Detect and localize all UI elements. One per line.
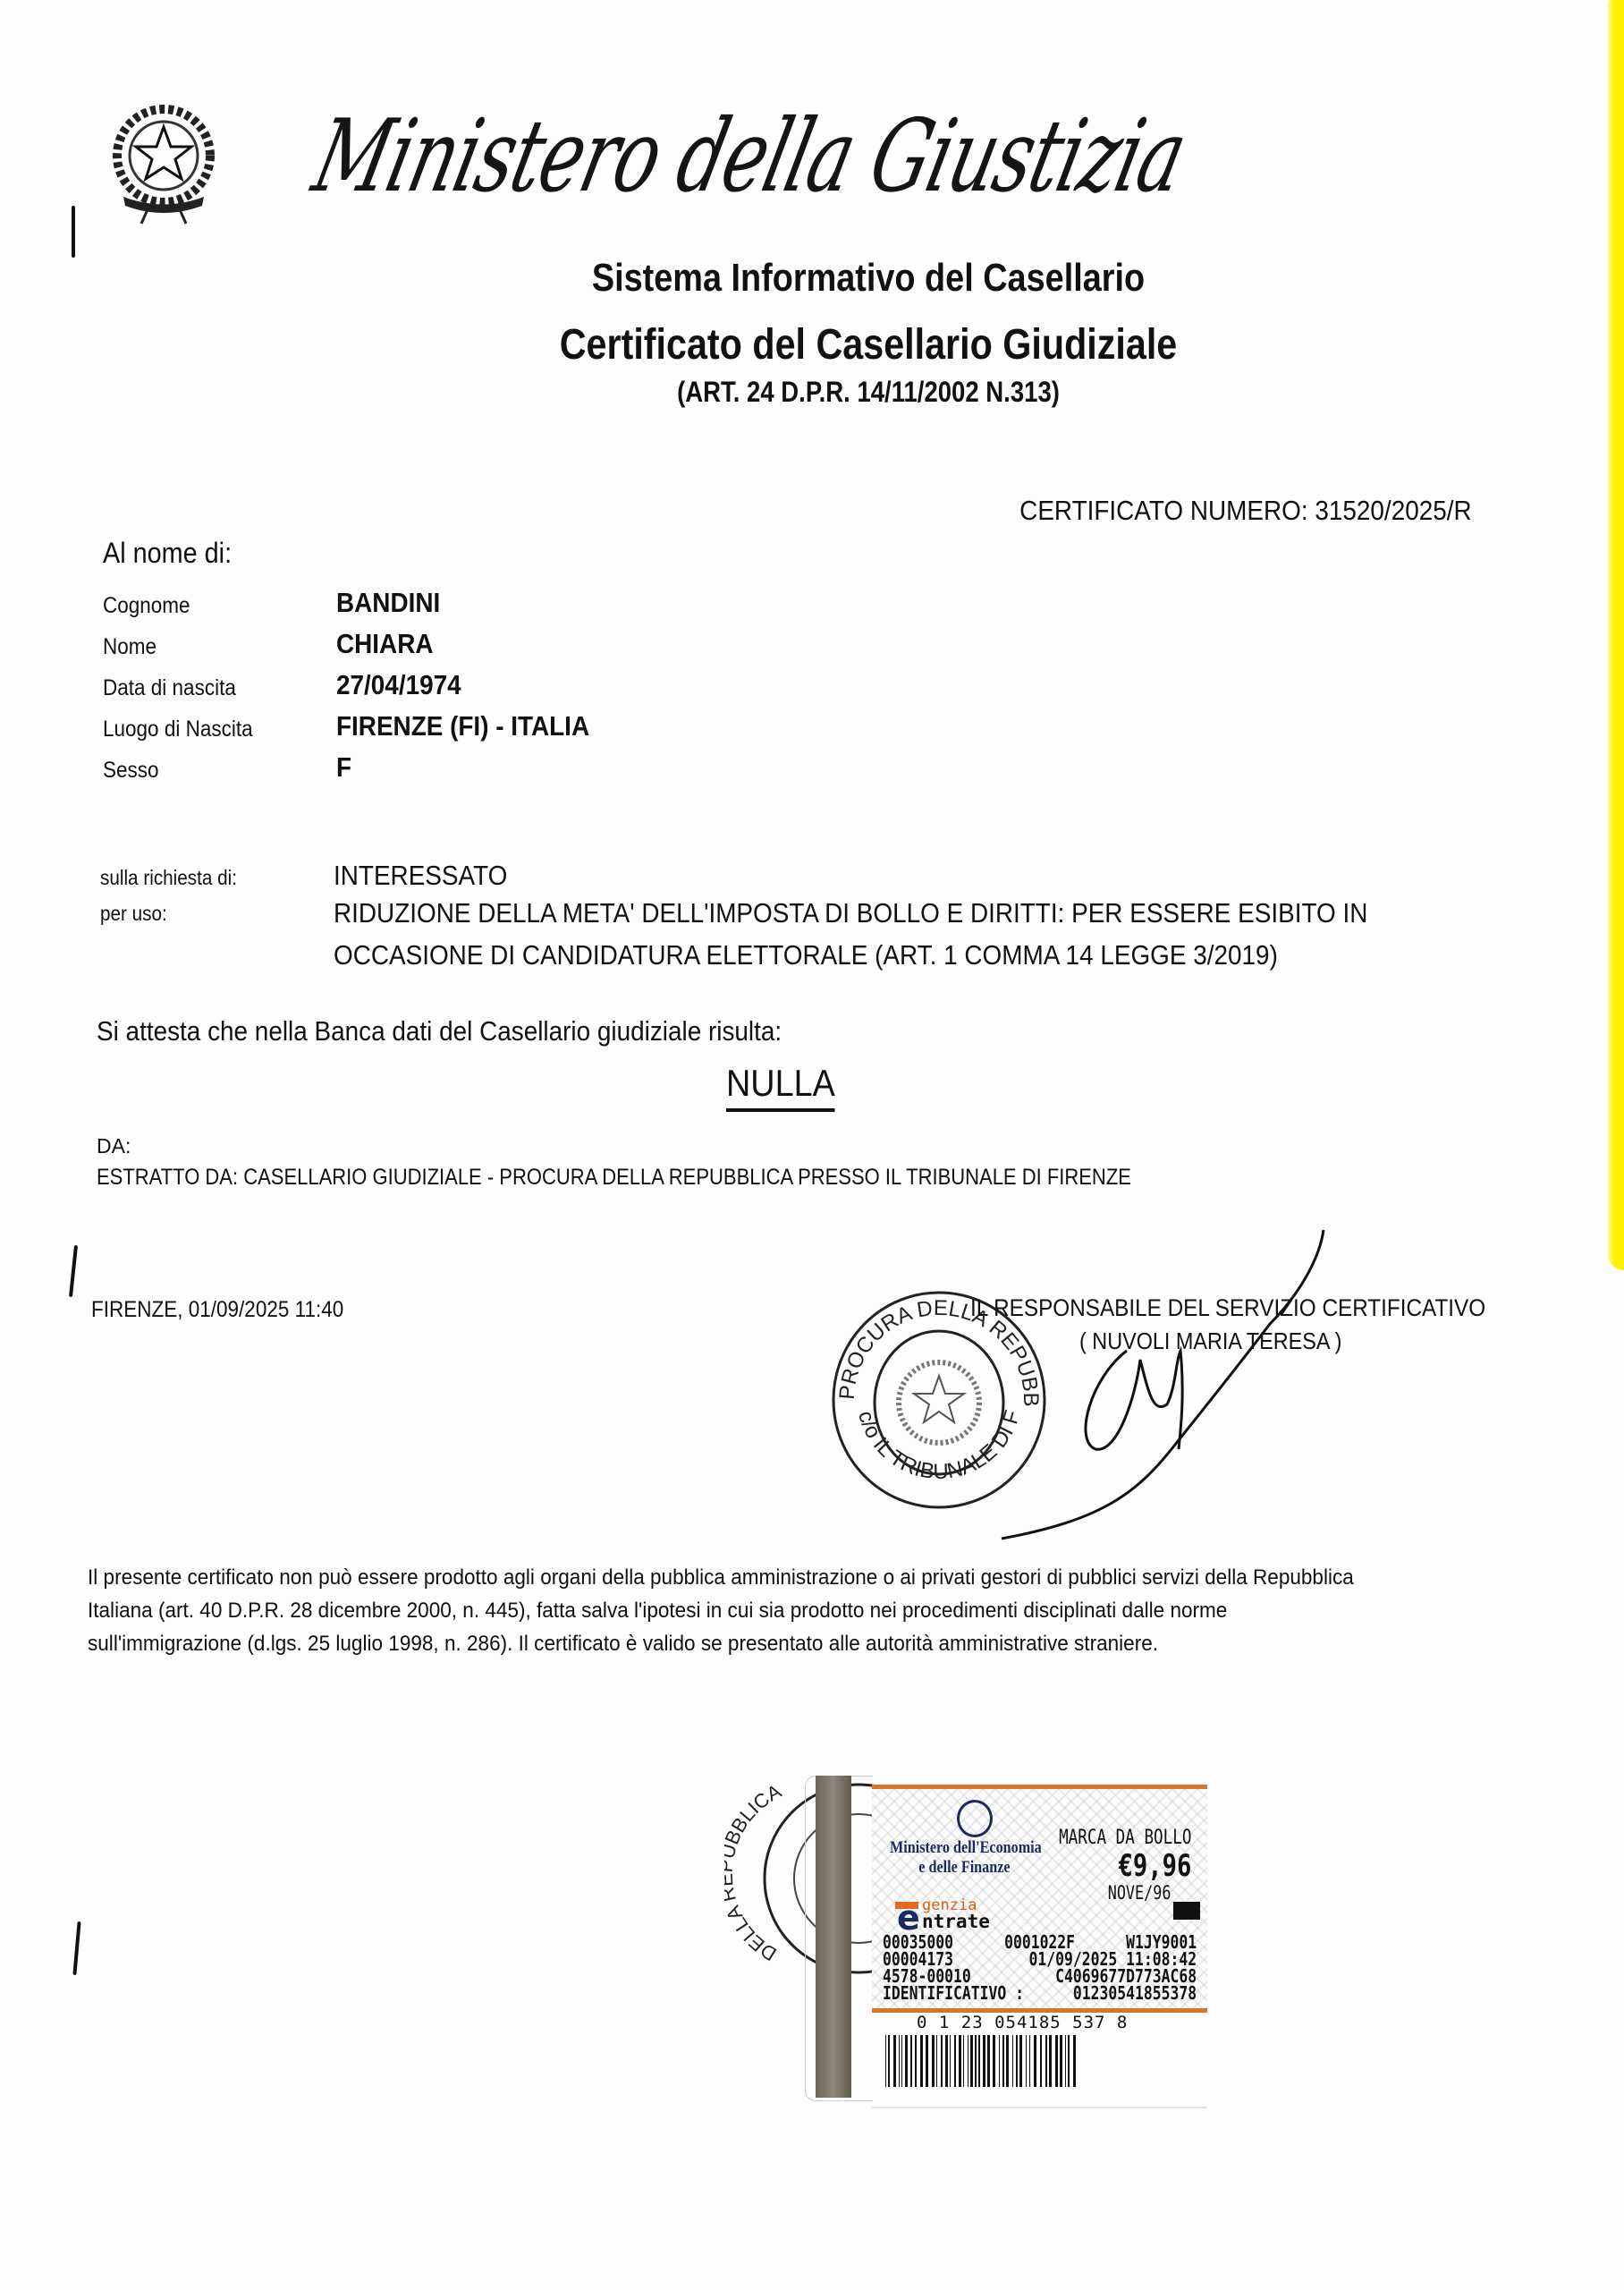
field-label-birth-date: Data di nascita [103,675,236,701]
disclaimer-line: Italiana (art. 40 D.P.R. 28 dicembre 200… [88,1594,1396,1627]
certificate-number: CERTIFICATO NUMERO: 31520/2025/R [1020,495,1472,527]
code-cell: 01230541855378 [1073,1985,1197,2002]
revenue-stamp-issuer: Ministero dell'Economia e delle Finanze [890,1838,1042,1878]
code-row: IDENTIFICATIVO : 01230541855378 [883,1985,1197,2002]
place-date: FIRENZE, 01/09/2025 11:40 [91,1297,343,1323]
svg-text:DELLA REPUBBLICA: DELLA REPUBBLICA [724,1780,785,1965]
field-value-sex: F [336,751,351,784]
field-label-nome: Nome [103,634,156,660]
stamp-edge [872,2107,1207,2108]
extract-source: ESTRATTO DA: CASELLARIO GIUDIZIALE - PRO… [97,1165,1131,1191]
da-label: DA: [97,1134,131,1158]
revenue-stamp-hologram-strip [816,1776,851,2098]
legal-reference: (ART. 24 D.P.R. 14/11/2002 N.313) [170,376,1567,409]
subject-intro: Al nome di: [103,537,232,570]
certificate-number-value: 31520/2025/R [1315,495,1472,526]
ministry-title: Ministero della Giustizia [304,98,1196,215]
field-label-sex: Sesso [103,758,159,784]
mef-emblem-icon [957,1800,993,1837]
revenue-stamp-label: MARCA DA BOLLO [1059,1827,1191,1849]
requested-by-label: sulla richiesta di: [100,866,237,890]
legal-disclaimer: Il presente certificato non può essere p… [88,1561,1396,1660]
field-value-birth-date: 27/04/1974 [336,669,461,701]
issuer-line1: Ministero dell'Economia [890,1838,1042,1858]
revenue-stamp-codes: 00035000 0001022F W1JY9001 00004173 01/0… [883,1934,1197,2002]
code-cell: IDENTIFICATIVO : [883,1985,1024,2002]
requested-by-value: INTERESSATO [334,860,507,892]
revenue-stamp: Ministero dell'Economia e delle Finanze … [872,1785,1207,2013]
yellow-highlighter-mark [1608,0,1624,1270]
use-value-line2: OCCASIONE DI CANDIDATURA ELETTORALE (ART… [334,939,1278,971]
barcode-icon [885,2035,1120,2087]
field-label-birth-place: Luogo di Nascita [103,717,253,742]
handwritten-signature-icon [984,1226,1341,1548]
revenue-stamp-amount: €9,96 [1118,1848,1191,1884]
field-value-nome: CHIARA [336,628,434,660]
agenzia-logo-line2: ntrate [922,1911,990,1932]
system-title: Sistema Informativo del Casellario [170,256,1567,301]
use-value-line1: RIDUZIONE DELLA META' DELL'IMPOSTA DI BO… [334,897,1367,929]
disclaimer-line: sull'immigrazione (d.lgs. 25 luglio 1998… [88,1627,1396,1660]
italian-republic-emblem-icon [106,100,222,225]
margin-mark [72,206,75,258]
barcode-number: 0 1 23 054185 537 8 [917,2013,1128,2032]
revenue-stamp-amount-words: NOVE/96 [1108,1882,1171,1904]
result-value: NULLA [726,1062,835,1112]
field-value-birth-place: FIRENZE (FI) - ITALIA [336,710,589,742]
field-value-cognome: BANDINI [336,587,440,619]
attestation-statement: Si attesta che nella Banca dati del Case… [97,1015,782,1047]
disclaimer-line: Il presente certificato non può essere p… [88,1561,1396,1594]
black-marker [1173,1902,1200,1920]
use-label: per uso: [100,902,167,926]
margin-mark [72,1921,80,1975]
document-title: Certificato del Casellario Giudiziale [170,320,1567,369]
margin-mark [69,1245,78,1297]
certificate-number-label: CERTIFICATO NUMERO: [1020,495,1308,526]
field-label-cognome: Cognome [103,593,190,619]
issuer-line2: e delle Finanze [890,1858,1042,1878]
